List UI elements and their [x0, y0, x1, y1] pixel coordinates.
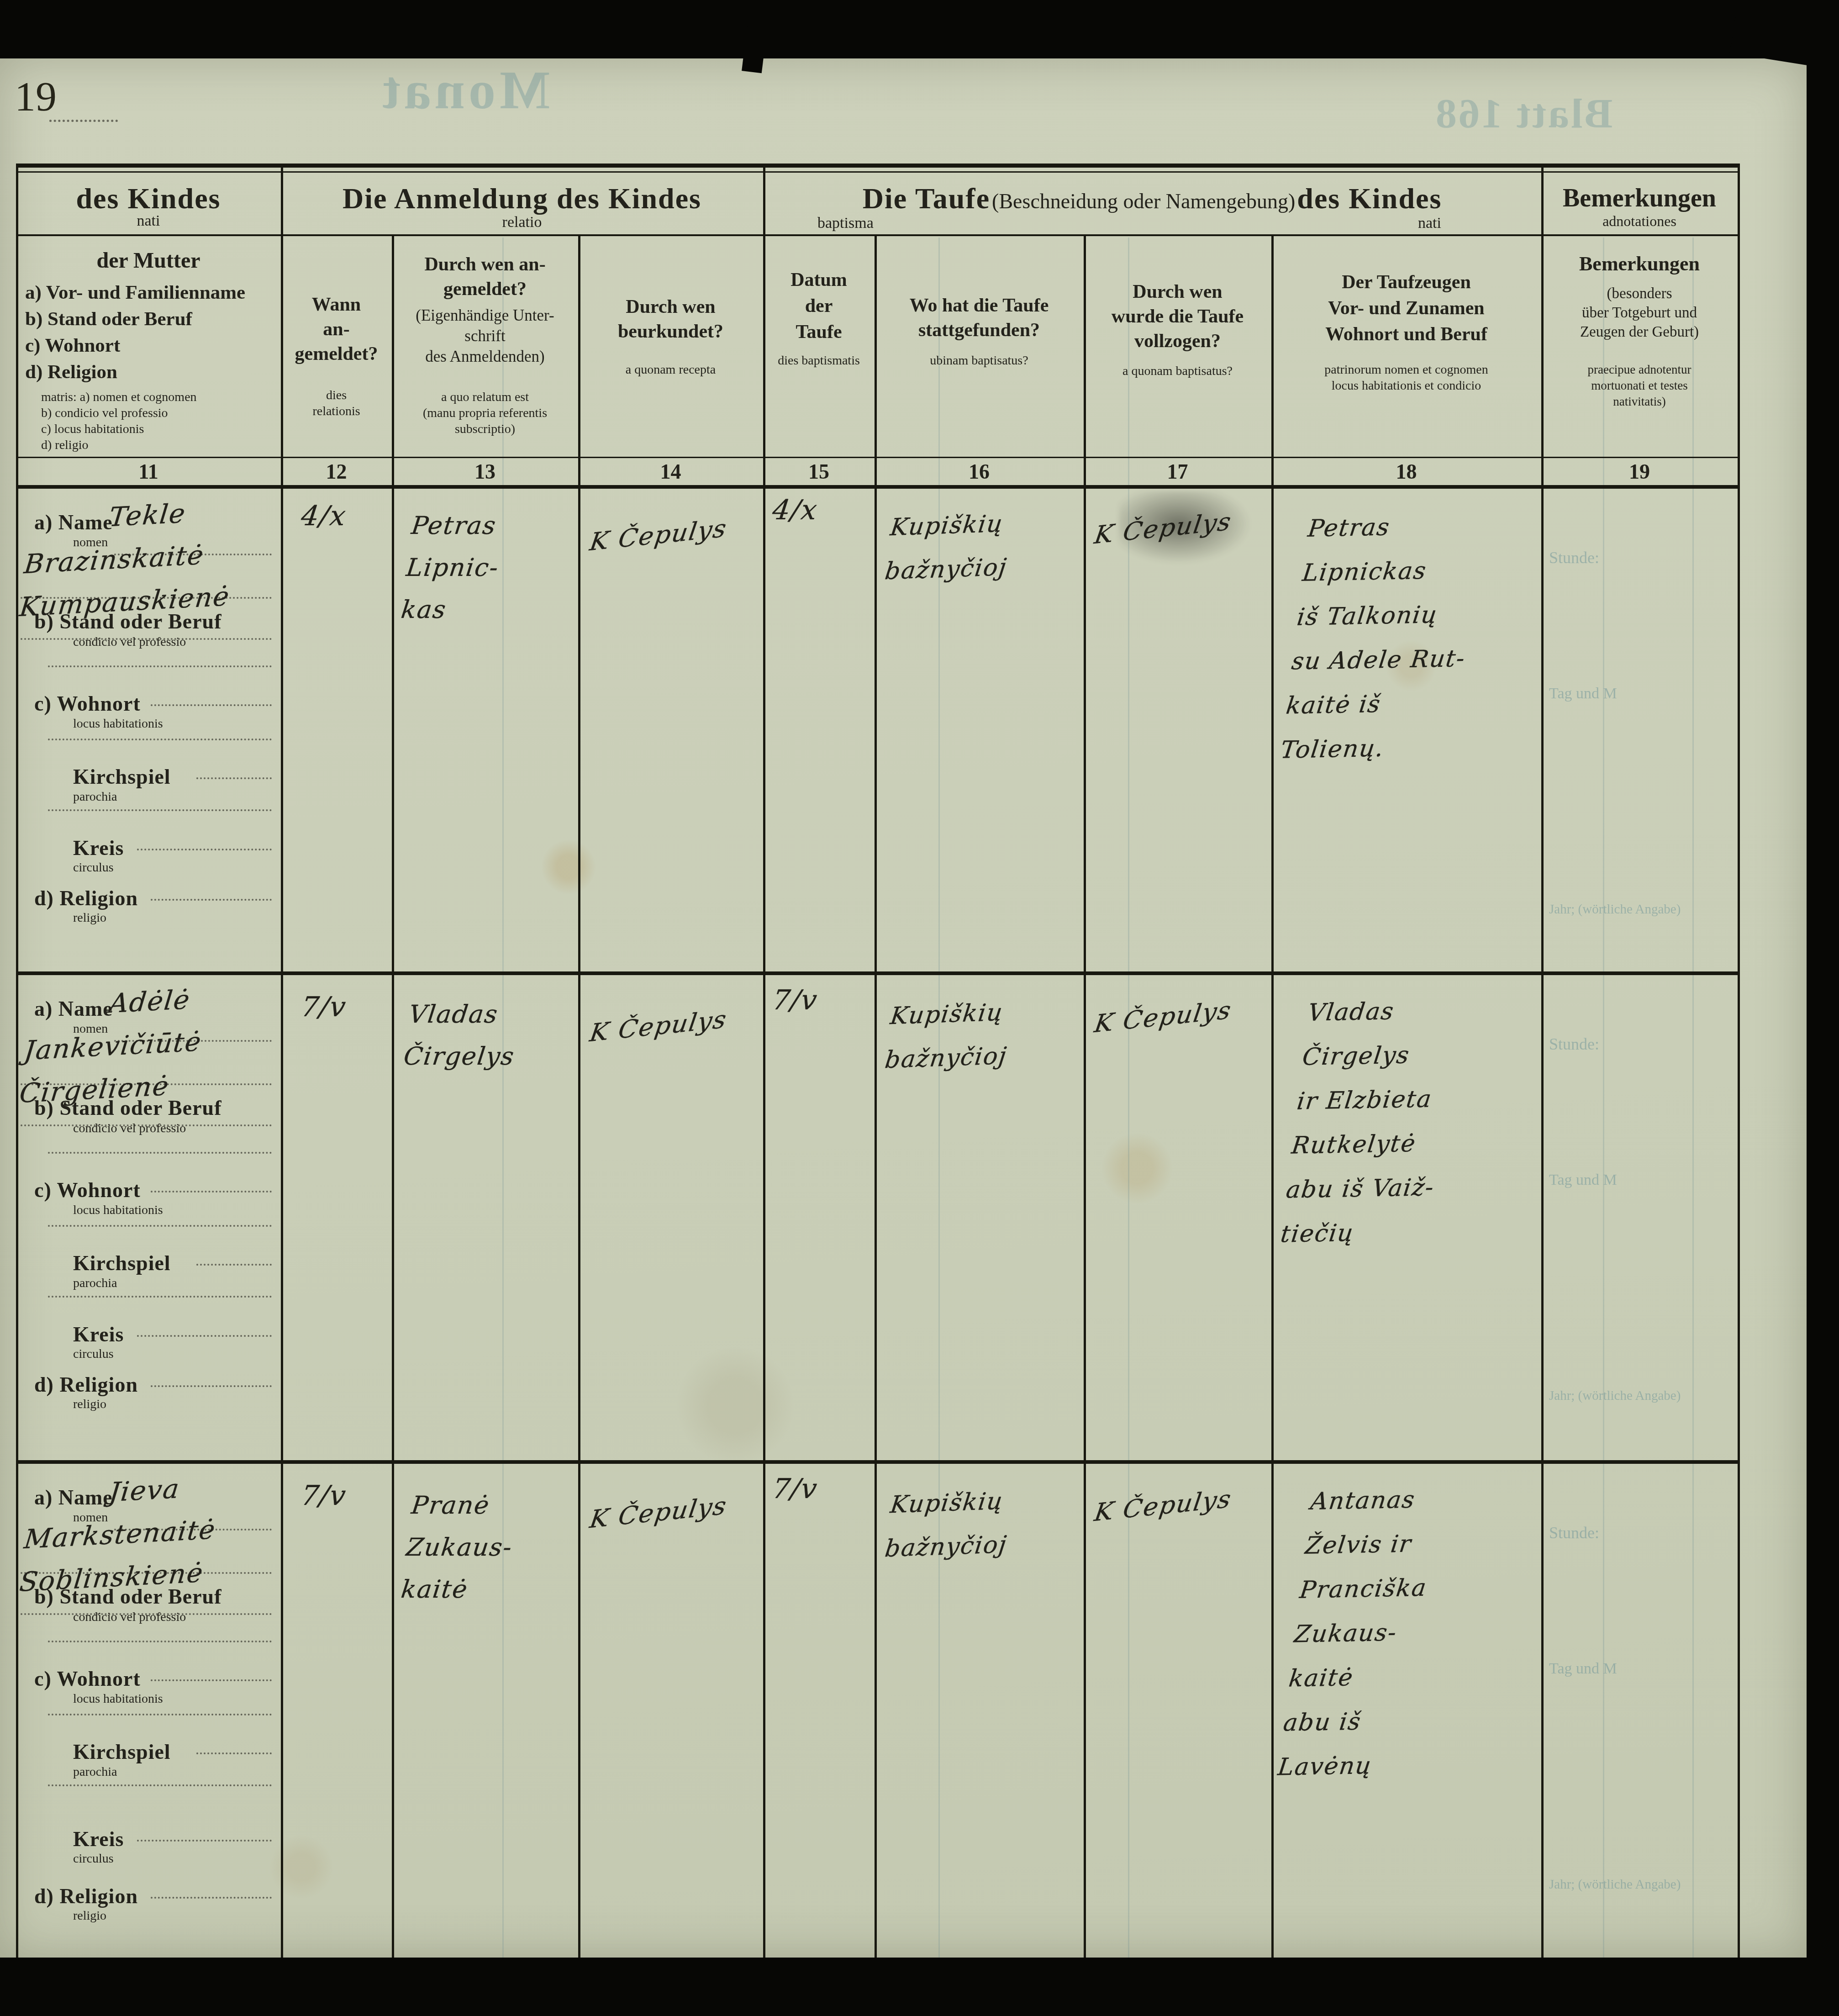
scan-edge: [1807, 0, 1839, 2016]
label-religio: religio: [73, 1397, 106, 1412]
dotted-line: [151, 1897, 272, 1899]
bleed-through-line: [938, 237, 940, 1958]
subheader-taufzeugen: Der Taufzeugen Vor- und Zunamen Wohnort …: [1271, 269, 1541, 348]
label-circulus: circulus: [73, 1852, 114, 1866]
dotted-line: [196, 1752, 272, 1754]
dotted-line: [48, 1784, 272, 1786]
label-wohnort: c) Wohnort: [34, 1667, 141, 1691]
header-des-kindes-latin: nati: [16, 212, 281, 230]
label-parochia: parochia: [73, 1276, 117, 1291]
column-number-13: 13: [392, 459, 578, 484]
bleed-through-text: Jahr; (wörtliche Angabe): [1549, 902, 1732, 917]
handwriting-mother-name: Jieva Markstenaitė Soblinskienė: [17, 1462, 282, 1604]
label-kreis: Kreis: [73, 836, 124, 860]
column-line: [281, 164, 283, 1958]
subheader-mutter-items: a) Vor- und Familienname b) Stand oder B…: [25, 280, 281, 385]
header-bemerkungen-latin: adnotationes: [1541, 213, 1738, 230]
header-taufe-paren: (Beschneidung oder Namengebung): [992, 190, 1295, 213]
handwriting-report-date: 7/v: [300, 991, 348, 1023]
dotted-line: [151, 899, 272, 901]
column-line: [763, 164, 765, 1958]
dotted-line: [48, 1296, 272, 1298]
subheader-taufzeugen-latin: patrinorum nomen et cognomen locus habit…: [1271, 362, 1541, 394]
bleed-through-line: [1692, 237, 1694, 1958]
column-number-14: 14: [578, 459, 763, 484]
subheader-vollzogen: Durch wen wurde die Taufe vollzogen?: [1084, 280, 1271, 354]
subheader-mutter-latin: matris: a) nomen et cognomen b) condicio…: [41, 389, 279, 453]
bleed-through-text: Jahr; (wörtliche Angabe): [1549, 1877, 1732, 1892]
label-kirchspiel: Kirchspiel: [73, 1251, 171, 1275]
bleed-through-text: Tag und M: [1549, 1660, 1732, 1678]
subheader-durch-wen-angemeldet: Durch wen an- gemeldet?: [392, 252, 578, 301]
handwriting-report-date: 4/x: [300, 500, 348, 532]
label-kreis: Kreis: [73, 1322, 124, 1346]
subheader-beurkundet: Durch wen beurkundet?: [578, 295, 763, 344]
handwriting-godparents: Vladas Čirgelys ir Elzbieta Rutkelytė ab…: [1278, 987, 1554, 1256]
label-parochia: parochia: [73, 790, 117, 804]
label-condicio: condicio vel professio: [73, 1121, 186, 1136]
column-line: [392, 234, 394, 1958]
header-taufe: Die Taufe (Beschneidung oder Namengebung…: [763, 182, 1541, 216]
subheader-wo-taufe: Wo hat die Taufe stattgefunden?: [875, 293, 1084, 343]
bleed-through-text: Blatt 168: [1434, 89, 1612, 137]
label-condicio: condicio vel professio: [73, 635, 186, 649]
label-locus: locus habitationis: [73, 717, 163, 731]
header-taufe-title2: des Kindes: [1297, 182, 1442, 215]
column-number-12: 12: [281, 459, 392, 484]
handwriting-mother-name: Tekle Brazinskaitė Kumpauskienė: [17, 487, 282, 628]
subheader-vollzogen-latin: a quonam baptisatus?: [1084, 363, 1271, 379]
subheader-der-mutter: der Mutter: [16, 248, 281, 273]
column-number-16: 16: [875, 459, 1084, 484]
label-locus: locus habitationis: [73, 1692, 163, 1706]
subheader-durch-wen-angemeldet-paren: (Eigenhändige Unter- schrift des Anmelde…: [392, 305, 578, 367]
subheader-datum: Datum der Taufe: [763, 267, 875, 345]
bleed-through-text: Stunde:: [1549, 548, 1732, 567]
dotted-line: [48, 1152, 272, 1154]
column-line: [875, 234, 877, 1958]
header-taufe-title: Die Taufe: [863, 182, 990, 215]
ink-smudge: [1119, 491, 1251, 564]
table-top-rule: [16, 164, 1739, 168]
dotted-line: [49, 120, 118, 122]
subheader-wann: Wann an- gemeldet?: [281, 292, 392, 366]
column-number-11: 11: [16, 459, 281, 484]
handwriting-baptism-date: 4/x: [771, 494, 820, 526]
handwriting-reporter: Pranė Zukaus- kaitė: [399, 1484, 583, 1610]
label-religio: religio: [73, 911, 106, 925]
dotted-line: [196, 1264, 272, 1266]
handwriting-baptism-place: Kupiškių bažnyčioj: [882, 499, 1086, 594]
column-number-18: 18: [1271, 459, 1541, 484]
column-number-19: 19: [1541, 459, 1738, 484]
subheader-beurkundet-latin: a quonam recepta: [578, 362, 763, 378]
scan-edge: [0, 0, 1839, 58]
handwriting-reporter: Petras Lipnic- kas: [399, 505, 583, 631]
dotted-line: [48, 739, 272, 740]
column-line: [1271, 234, 1274, 1958]
header-taufe-latin-right: nati: [1418, 215, 1441, 232]
dotted-line: [196, 777, 272, 779]
subheader-bemerkungen-latin: praecipue adnotentur mortuonati et teste…: [1541, 362, 1738, 410]
header-divider: [16, 234, 1739, 236]
column-number-15: 15: [763, 459, 875, 484]
subheader-wo-taufe-latin: ubinam baptisatus?: [875, 353, 1084, 369]
subheader-bemerkungen: Bemerkungen: [1541, 252, 1738, 275]
label-locus: locus habitationis: [73, 1203, 163, 1218]
bleed-through-text: Stunde:: [1549, 1523, 1732, 1542]
column-line: [578, 234, 580, 1958]
table-top-rule-thin: [16, 171, 1739, 173]
bleed-through-text: Stunde:: [1549, 1034, 1732, 1054]
subheader-bemerkungen-paren: (besonders über Totgeburt und Zeugen der…: [1541, 284, 1738, 342]
dotted-line: [137, 1840, 272, 1842]
header-bemerkungen: Bemerkungen: [1541, 184, 1738, 213]
page-year-number: 19: [15, 72, 57, 121]
dotted-line: [151, 1385, 272, 1387]
baptism-register-page: Monat Blatt 168 19 des Kindes nati Die A…: [0, 0, 1839, 2016]
column-number-17: 17: [1084, 459, 1271, 484]
handwriting-godparents: Petras Lipnickas iš Talkonių su Adele Ru…: [1278, 502, 1554, 772]
handwriting-baptism-date: 7/v: [771, 984, 820, 1016]
handwriting-baptism-place: Kupiškių bažnyčioj: [882, 1477, 1086, 1571]
header-anmeldung-latin: relatio: [281, 214, 763, 231]
label-kirchspiel: Kirchspiel: [73, 765, 171, 789]
label-parochia: parochia: [73, 1765, 117, 1779]
dotted-line: [48, 1641, 272, 1642]
subheader-datum-latin: dies baptismatis: [763, 353, 875, 369]
subheader-durch-wen-angemeldet-latin: a quo relatum est (manu propria referent…: [392, 389, 578, 437]
handwriting-godparents: Antanas Želvis ir Pranciška Zukaus- kait…: [1275, 1475, 1556, 1789]
header-des-kindes: des Kindes: [16, 182, 281, 216]
handwriting-reporter: Vladas Čirgelys: [401, 993, 581, 1077]
bleed-through-text: Jahr; (wörtliche Angabe): [1549, 1388, 1732, 1404]
handwriting-report-date: 7/v: [300, 1480, 348, 1512]
dotted-line: [48, 1225, 272, 1227]
header-taufe-latin-left: baptisma: [817, 215, 874, 232]
label-religio: religio: [73, 1909, 106, 1923]
label-religion: d) Religion: [34, 1372, 138, 1397]
dotted-line: [48, 1714, 272, 1715]
handwriting-baptism-date: 7/v: [771, 1473, 820, 1505]
dotted-line: [48, 809, 272, 811]
label-religion: d) Religion: [34, 1884, 138, 1908]
dotted-line: [137, 1335, 272, 1337]
label-religion: d) Religion: [34, 886, 138, 910]
label-kreis: Kreis: [73, 1827, 124, 1851]
bleed-through-text: Tag und M: [1549, 1172, 1732, 1189]
dotted-line: [151, 704, 272, 706]
bleed-through-line: [502, 237, 504, 1958]
subheader-wann-latin: dies relationis: [281, 387, 392, 419]
header-anmeldung: Die Anmeldung des Kindes: [281, 182, 763, 216]
label-circulus: circulus: [73, 860, 114, 875]
bleed-through-line: [1603, 237, 1604, 1958]
dotted-line: [151, 1679, 272, 1681]
bleed-through-text: Monat: [379, 59, 550, 121]
subheader-divider: [16, 457, 1739, 458]
label-circulus: circulus: [73, 1347, 114, 1362]
label-wohnort: c) Wohnort: [34, 1178, 141, 1202]
table-left-border: [16, 164, 18, 1958]
column-line: [1084, 234, 1086, 1958]
dotted-line: [151, 1191, 272, 1193]
bleed-through-text: Tag und M: [1549, 685, 1732, 702]
handwriting-baptism-place: Kupiškių bažnyčioj: [882, 988, 1086, 1082]
label-kirchspiel: Kirchspiel: [73, 1740, 171, 1764]
handwriting-mother-name: Adėlė Jankevičiūtė Čirgelienė: [17, 973, 282, 1115]
dotted-line: [48, 665, 272, 667]
table-right-border: [1738, 164, 1740, 1958]
label-condicio: condicio vel professio: [73, 1610, 186, 1625]
dotted-line: [137, 849, 272, 850]
label-wohnort: c) Wohnort: [34, 691, 141, 716]
scan-edge: [0, 1958, 1839, 2016]
